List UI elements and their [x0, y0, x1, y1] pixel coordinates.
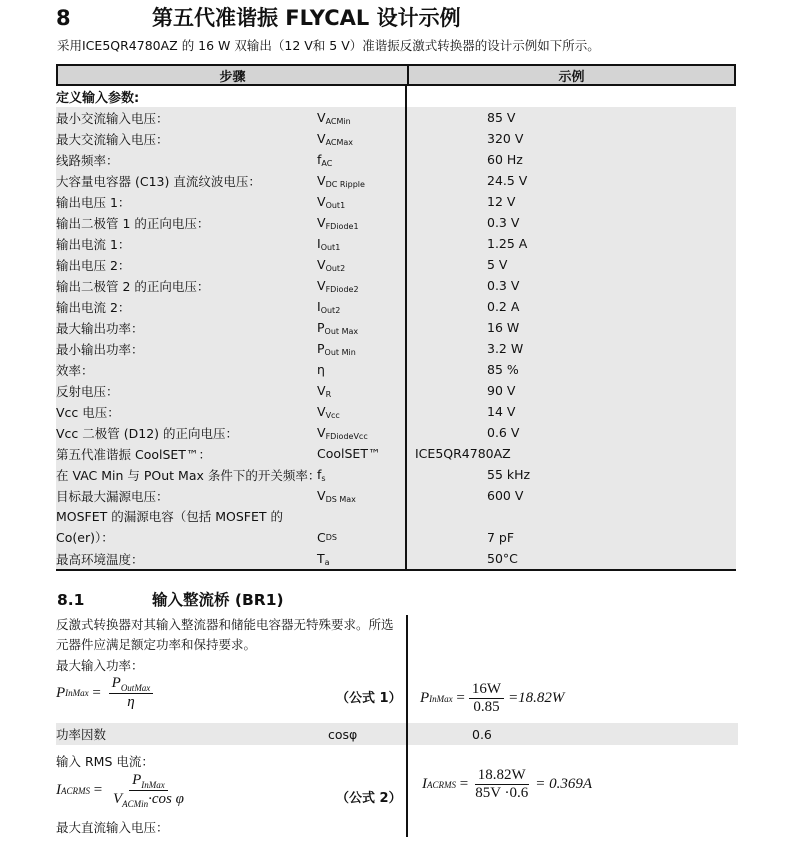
max-input-power-label: 最大输入功率： — [56, 656, 144, 674]
param-label: 效率： — [56, 361, 317, 379]
subsection-number: 8.1 — [57, 591, 152, 609]
table-row: 大容量电容器 (C13) 直流纹波电压：VDC Ripple24.5 V — [56, 170, 736, 191]
param-label: 输出电流 2： — [56, 298, 317, 316]
table-row: 输出二极管 2 的正向电压：VFDiode20.3 V — [56, 275, 736, 296]
param-label: 反射电压： — [56, 382, 317, 400]
param-label: 最大输出功率： — [56, 319, 317, 337]
equation-1-label: （公式 1） — [336, 687, 402, 706]
table-header: 步骤 示例 — [56, 64, 736, 86]
table-row: Vcc 二极管 (D12) 的正向电压：VFDiodeVcc0.6 V — [56, 422, 736, 443]
table-row: 线路频率：fAC60 Hz — [56, 149, 736, 170]
param-symbol: VDS Max — [317, 488, 405, 504]
param-value: 0.3 V — [405, 275, 736, 296]
param-label: 目标最大漏源电压： — [56, 487, 317, 505]
param-value: 85 % — [405, 359, 736, 380]
max-dc-voltage-label: 最大直流输入电压： — [56, 818, 169, 836]
param-label: Vcc 电压： — [56, 403, 317, 421]
power-factor-label: 功率因数 — [56, 725, 328, 743]
table-section-row: 定义输入参数: — [56, 86, 736, 107]
param-label: 在 VAC Min 与 POut Max 条件下的开关频率： — [56, 466, 317, 484]
table-bottom-rule — [56, 569, 736, 571]
param-label: 第五代准谐振 CoolSET™： — [56, 445, 317, 463]
header-step: 步骤 — [58, 66, 409, 84]
param-value: 0.6 V — [405, 422, 736, 443]
param-label: 最小输出功率： — [56, 340, 317, 358]
param-value: 320 V — [405, 128, 736, 149]
param-value: 0.2 A — [405, 296, 736, 317]
section-number: 8 — [56, 6, 152, 30]
table-row: MOSFET 的漏源电容（包括 MOSFET 的 Co(er)）：CDS7 pF — [56, 506, 736, 548]
param-label: 最小交流输入电压： — [56, 109, 317, 127]
param-symbol: IOut2 — [317, 299, 405, 315]
param-label: 输出电压 1： — [56, 193, 317, 211]
param-symbol: Ta — [317, 551, 405, 567]
table-row: 输出电压 2：VOut25 V — [56, 254, 736, 275]
param-label: 线路频率： — [56, 151, 317, 169]
table-row: Vcc 电压：VVcc14 V — [56, 401, 736, 422]
table-row: 最大交流输入电压：VACMax320 V — [56, 128, 736, 149]
param-symbol: VACMin — [317, 110, 405, 126]
param-value: 16 W — [405, 317, 736, 338]
equation-2-label: （公式 2） — [336, 787, 402, 806]
param-symbol: VDC Ripple — [317, 173, 405, 189]
table-row: 最高环境温度：Ta50°C — [56, 548, 736, 569]
param-label: 输出电流 1： — [56, 235, 317, 253]
param-value: 3.2 W — [405, 338, 736, 359]
table-row: 效率：η85 % — [56, 359, 736, 380]
param-value: 600 V — [405, 485, 736, 506]
param-symbol: POut Min — [317, 341, 405, 357]
param-label: 最高环境温度： — [56, 550, 317, 568]
power-factor-symbol: cosφ — [328, 727, 406, 742]
param-value: 50°C — [405, 548, 736, 569]
equation-1: PInMax = POutMaxη — [56, 675, 157, 711]
param-value: 0.3 V — [405, 212, 736, 233]
param-symbol: VOut1 — [317, 194, 405, 210]
param-symbol: VVcc — [317, 404, 405, 420]
param-value: ICE5QR4780AZ — [405, 443, 736, 464]
subsection-title: 输入整流桥 (BR1) — [152, 591, 284, 609]
table-row: 反射电压：VR90 V — [56, 380, 736, 401]
param-value: 24.5 V — [405, 170, 736, 191]
param-symbol: VFDiode2 — [317, 278, 405, 294]
param-symbol: VACMax — [317, 131, 405, 147]
param-value: 55 kHz — [405, 464, 736, 485]
param-value: 7 pF — [405, 506, 736, 548]
table-row: 第五代准谐振 CoolSET™：CoolSET™ICE5QR4780AZ — [56, 443, 736, 464]
parameter-table: 步骤 示例 定义输入参数: 最小交流输入电压：VACMin85 V最大交流输入电… — [56, 64, 736, 571]
param-value: 12 V — [405, 191, 736, 212]
table-row: 在 VAC Min 与 POut Max 条件下的开关频率：fs55 kHz — [56, 464, 736, 485]
param-label: Vcc 二极管 (D12) 的正向电压： — [56, 424, 317, 442]
param-symbol: IOut1 — [317, 236, 405, 252]
rectifier-paragraph: 反激式转换器对其输入整流器和储能电容器无特殊要求。所选元器件应满足额定功率和保持… — [56, 615, 401, 655]
param-value: 14 V — [405, 401, 736, 422]
header-example: 示例 — [409, 66, 734, 84]
param-symbol: VFDiode1 — [317, 215, 405, 231]
equation-2: IACRMS = PInMaxVACMin·cos φ — [56, 772, 191, 809]
table-row: 最小输出功率：POut Min3.2 W — [56, 338, 736, 359]
table-row: 输出电流 1：IOut11.25 A — [56, 233, 736, 254]
table-row: 目标最大漏源电压：VDS Max600 V — [56, 485, 736, 506]
param-label: MOSFET 的漏源电容（包括 MOSFET 的 Co(er)）： — [56, 506, 317, 548]
param-symbol: VOut2 — [317, 257, 405, 273]
subsection-heading: 8.1输入整流桥 (BR1) — [57, 588, 284, 610]
param-symbol: fs — [317, 467, 405, 483]
param-label: 输出二极管 1 的正向电压： — [56, 214, 317, 232]
section-title: 第五代准谐振 FLYCAL 设计示例 — [152, 6, 461, 30]
intro-text: 采用ICE5QR4780AZ 的 16 W 双输出（12 V和 5 V）准谐振反… — [57, 36, 600, 54]
table-body: 最小交流输入电压：VACMin85 V最大交流输入电压：VACMax320 V线… — [56, 107, 736, 569]
param-value: 1.25 A — [405, 233, 736, 254]
power-factor-row: 功率因数 cosφ 0.6 — [56, 723, 738, 745]
param-symbol: POut Max — [317, 320, 405, 336]
table-row: 输出电压 1：VOut112 V — [56, 191, 736, 212]
param-value: 90 V — [405, 380, 736, 401]
param-symbol: VFDiodeVcc — [317, 425, 405, 441]
section-heading: 8第五代准谐振 FLYCAL 设计示例 — [56, 2, 461, 32]
param-symbol: VR — [317, 383, 405, 399]
power-factor-value: 0.6 — [406, 723, 492, 745]
param-label: 最大交流输入电压： — [56, 130, 317, 148]
table-row: 输出电流 2：IOut20.2 A — [56, 296, 736, 317]
param-symbol: CDS — [317, 527, 405, 548]
equation-1-example: PInMax = 16W0.85 =18.82W — [420, 681, 564, 716]
rms-current-label: 输入 RMS 电流： — [56, 752, 154, 770]
param-value: 85 V — [405, 107, 736, 128]
param-label: 输出电压 2： — [56, 256, 317, 274]
param-value: 60 Hz — [405, 149, 736, 170]
param-symbol: η — [317, 362, 405, 378]
param-label: 大容量电容器 (C13) 直流纹波电压： — [56, 172, 317, 190]
param-label: 输出二极管 2 的正向电压： — [56, 277, 317, 295]
table-row: 最大输出功率：POut Max16 W — [56, 317, 736, 338]
param-symbol: CoolSET™ — [317, 446, 405, 462]
param-value: 5 V — [405, 254, 736, 275]
table-row: 最小交流输入电压：VACMin85 V — [56, 107, 736, 128]
section-label: 定义输入参数: — [56, 86, 405, 107]
equation-2-example: IACRMS = 18.82W85V ·0.6 = 0.369A — [422, 767, 592, 802]
table-row: 输出二极管 1 的正向电压：VFDiode10.3 V — [56, 212, 736, 233]
param-symbol: fAC — [317, 152, 405, 168]
